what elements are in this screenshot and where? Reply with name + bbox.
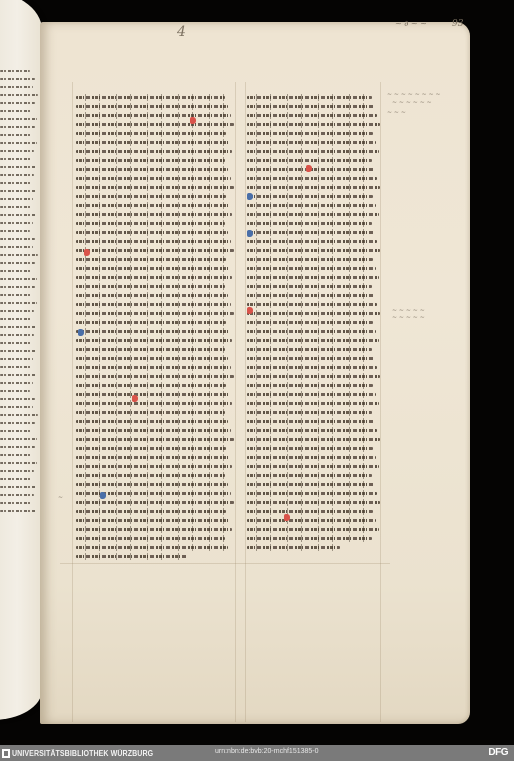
ruling-line — [60, 563, 390, 564]
manuscript-line — [247, 435, 380, 444]
manuscript-line — [247, 318, 373, 327]
ruling-line — [380, 82, 381, 722]
previous-leaf-line — [0, 438, 37, 440]
manuscript-line — [76, 408, 225, 417]
manuscript-line — [76, 129, 226, 138]
manuscript-line — [247, 273, 379, 282]
right-column — [247, 93, 380, 552]
manuscript-line — [247, 525, 379, 534]
previous-leaf-line — [0, 70, 30, 72]
manuscript-line — [247, 201, 376, 210]
manuscript-line — [247, 291, 375, 300]
manuscript-line — [247, 102, 375, 111]
rubric-initial-blue — [247, 193, 253, 200]
manuscript-line — [76, 525, 232, 534]
manuscript-line — [76, 417, 228, 426]
manuscript-line — [247, 264, 376, 273]
previous-leaf-line — [0, 166, 36, 168]
manuscript-line — [247, 363, 377, 372]
rubric-initial-red — [132, 395, 138, 402]
manuscript-line — [76, 390, 229, 399]
manuscript-line — [76, 255, 226, 264]
manuscript-line — [247, 192, 373, 201]
previous-leaf-line — [0, 126, 35, 128]
manuscript-line — [247, 372, 380, 381]
previous-leaf-line — [0, 214, 36, 216]
manuscript-line — [247, 543, 340, 552]
manuscript-line — [76, 498, 234, 507]
previous-leaf-line — [0, 374, 36, 376]
manuscript-line — [76, 102, 228, 111]
manuscript-line — [247, 138, 376, 147]
ruling-line — [72, 82, 73, 722]
manuscript-line — [247, 489, 377, 498]
previous-leaf-line — [0, 430, 32, 432]
rubric-initial-blue — [100, 492, 106, 499]
previous-leaf-line — [0, 486, 36, 488]
manuscript-line — [247, 336, 379, 345]
manuscript-line — [247, 228, 375, 237]
previous-leaf-line — [0, 206, 31, 208]
top-mark: 4 — [177, 24, 186, 40]
manuscript-line — [76, 309, 234, 318]
previous-leaf-line — [0, 246, 33, 248]
manuscript-line — [76, 381, 226, 390]
previous-leaf — [0, 0, 42, 720]
previous-leaf-line — [0, 446, 35, 448]
previous-leaf-line — [0, 302, 37, 304]
previous-leaf-line — [0, 286, 35, 288]
manuscript-line — [76, 507, 226, 516]
manuscript-line — [247, 327, 376, 336]
manuscript-line — [247, 93, 372, 102]
previous-leaf-line — [0, 174, 34, 176]
previous-leaf-line — [0, 366, 31, 368]
previous-leaf-line — [0, 326, 36, 328]
previous-leaf-line — [0, 318, 32, 320]
manuscript-line — [76, 237, 231, 246]
urn-identifier: urn:nbn:de:bvb:20-mchf151385-0 — [215, 748, 319, 755]
previous-leaf-line — [0, 110, 32, 112]
previous-leaf-line — [0, 102, 35, 104]
previous-leaf-line — [0, 502, 31, 504]
manuscript-line — [76, 183, 234, 192]
margin-note: ~ ~ ~ — [387, 109, 406, 117]
previous-leaf-line — [0, 150, 34, 152]
previous-leaf-line — [0, 454, 32, 456]
manuscript-line — [76, 399, 232, 408]
manuscript-line — [247, 534, 372, 543]
manuscript-line — [76, 345, 225, 354]
previous-leaf-line — [0, 422, 35, 424]
previous-leaf-line — [0, 414, 38, 416]
folio-number: 93 — [452, 19, 463, 29]
manuscript-line — [247, 390, 376, 399]
manuscript-line — [247, 147, 379, 156]
manuscript-line — [76, 327, 229, 336]
dfg-logo: DFG — [488, 747, 508, 758]
manuscript-line — [247, 246, 380, 255]
previous-leaf-line — [0, 270, 32, 272]
manuscript-line — [247, 453, 376, 462]
manuscript-line — [76, 282, 225, 291]
manuscript-line — [76, 156, 225, 165]
manuscript-line — [247, 174, 377, 183]
manuscript-line — [247, 237, 377, 246]
previous-leaf-line — [0, 350, 36, 352]
manuscript-line — [76, 174, 231, 183]
top-right-annotation: ~ ∂ ~ ~ — [395, 19, 427, 28]
rubric-initial-blue — [78, 329, 84, 336]
previous-leaf-line — [0, 222, 33, 224]
manuscript-line — [76, 435, 234, 444]
previous-leaf-line — [0, 134, 32, 136]
manuscript-line — [247, 516, 376, 525]
manuscript-line — [76, 318, 226, 327]
previous-leaf-line — [0, 118, 37, 120]
previous-leaf-line — [0, 470, 34, 472]
manuscript-line — [247, 300, 377, 309]
manuscript-line — [76, 552, 187, 561]
previous-leaf-line — [0, 94, 38, 96]
manuscript-line — [247, 183, 380, 192]
margin-note: ~ ~ ~ ~ ~ ~ — [392, 99, 432, 107]
manuscript-line — [76, 111, 231, 120]
manuscript-line — [247, 219, 372, 228]
manuscript-line — [76, 471, 225, 480]
manuscript-line — [247, 381, 373, 390]
manuscript-line — [76, 120, 234, 129]
manuscript-line — [76, 219, 225, 228]
rubric-initial-red — [284, 514, 290, 521]
manuscript-line — [247, 498, 380, 507]
manuscript-line — [76, 246, 234, 255]
manuscript-line — [76, 93, 225, 102]
rubric-initial-red — [247, 307, 253, 314]
previous-leaf-line — [0, 158, 32, 160]
previous-leaf-line — [0, 382, 33, 384]
manuscript-line — [76, 462, 232, 471]
manuscript-line — [247, 120, 380, 129]
manuscript-line — [247, 255, 373, 264]
manuscript-line — [76, 300, 231, 309]
manuscript-line — [76, 426, 231, 435]
previous-leaf-line — [0, 494, 34, 496]
previous-leaf-line — [0, 358, 33, 360]
manuscript-line — [247, 408, 372, 417]
previous-leaf-line — [0, 278, 37, 280]
previous-leaf-text — [0, 70, 38, 520]
margin-note: ~ ~ ~ ~ ~ ~ ~ ~ — [387, 91, 441, 99]
previous-leaf-line — [0, 78, 35, 80]
previous-leaf-line — [0, 406, 33, 408]
institution-name: UNIVERSITÄTSBIBLIOTHEK WÜRZBURG — [12, 749, 153, 758]
previous-leaf-line — [0, 262, 35, 264]
manuscript-line — [76, 444, 226, 453]
manuscript-line — [247, 507, 373, 516]
manuscript-line — [247, 444, 373, 453]
rubric-initial-red — [190, 117, 196, 124]
manuscript-line — [247, 111, 377, 120]
manuscript-line — [247, 399, 379, 408]
manuscript-line — [76, 534, 225, 543]
previous-leaf-line — [0, 310, 34, 312]
margin-note: ~ — [58, 494, 63, 502]
previous-leaf-line — [0, 510, 36, 512]
manuscript-line — [76, 516, 229, 525]
previous-leaf-line — [0, 390, 30, 392]
previous-leaf-line — [0, 398, 35, 400]
rubric-initial-red — [84, 249, 90, 256]
previous-leaf-line — [0, 238, 35, 240]
manuscript-line — [247, 309, 380, 318]
previous-leaf-line — [0, 86, 33, 88]
manuscript-line — [76, 147, 232, 156]
previous-leaf-line — [0, 294, 32, 296]
library-logo-icon — [2, 749, 10, 758]
manuscript-line — [76, 273, 232, 282]
manuscript-line — [76, 165, 228, 174]
manuscript-line — [76, 480, 228, 489]
manuscript-line — [76, 210, 232, 219]
previous-leaf-line — [0, 254, 38, 256]
manuscript-line — [76, 354, 228, 363]
margin-note: ~ ~ ~ ~ ~ — [392, 314, 425, 322]
manuscript-line — [76, 363, 231, 372]
previous-leaf-line — [0, 230, 30, 232]
manuscript-line — [247, 426, 377, 435]
previous-leaf-line — [0, 190, 36, 192]
manuscript-line — [247, 480, 375, 489]
previous-leaf-line — [0, 478, 32, 480]
manuscript-line — [76, 192, 226, 201]
manuscript-line — [247, 462, 379, 471]
manuscript-line — [76, 543, 228, 552]
manuscript-line — [76, 291, 228, 300]
manuscript-line — [247, 354, 375, 363]
manuscript-line — [76, 138, 229, 147]
manuscript-line — [247, 129, 373, 138]
previous-leaf-line — [0, 142, 37, 144]
manuscript-line — [76, 264, 229, 273]
manuscript-line — [76, 228, 228, 237]
manuscript-viewer: 4 ~ ∂ ~ ~ 93 ~ ~ ~ ~ ~ ~ ~ ~ ~ ~ ~ ~ ~ ~… — [0, 0, 514, 745]
rubric-initial-red — [306, 165, 312, 172]
manuscript-line — [76, 453, 229, 462]
manuscript-page: 4 ~ ∂ ~ ~ 93 ~ ~ ~ ~ ~ ~ ~ ~ ~ ~ ~ ~ ~ ~… — [40, 22, 470, 724]
ruling-line — [245, 82, 246, 722]
manuscript-line — [76, 336, 232, 345]
previous-leaf-line — [0, 182, 31, 184]
previous-leaf-line — [0, 462, 37, 464]
ruling-line — [235, 82, 236, 722]
rubric-initial-blue — [247, 230, 253, 237]
manuscript-line — [247, 210, 379, 219]
previous-leaf-line — [0, 334, 34, 336]
manuscript-line — [247, 471, 372, 480]
manuscript-line — [247, 282, 372, 291]
left-column — [76, 93, 234, 561]
viewer-footer: UNIVERSITÄTSBIBLIOTHEK WÜRZBURG urn:nbn:… — [0, 745, 514, 761]
manuscript-line — [247, 417, 375, 426]
manuscript-line — [247, 156, 372, 165]
manuscript-line — [247, 345, 372, 354]
previous-leaf-line — [0, 198, 33, 200]
manuscript-line — [76, 372, 234, 381]
manuscript-line — [76, 201, 229, 210]
previous-leaf-line — [0, 342, 31, 344]
